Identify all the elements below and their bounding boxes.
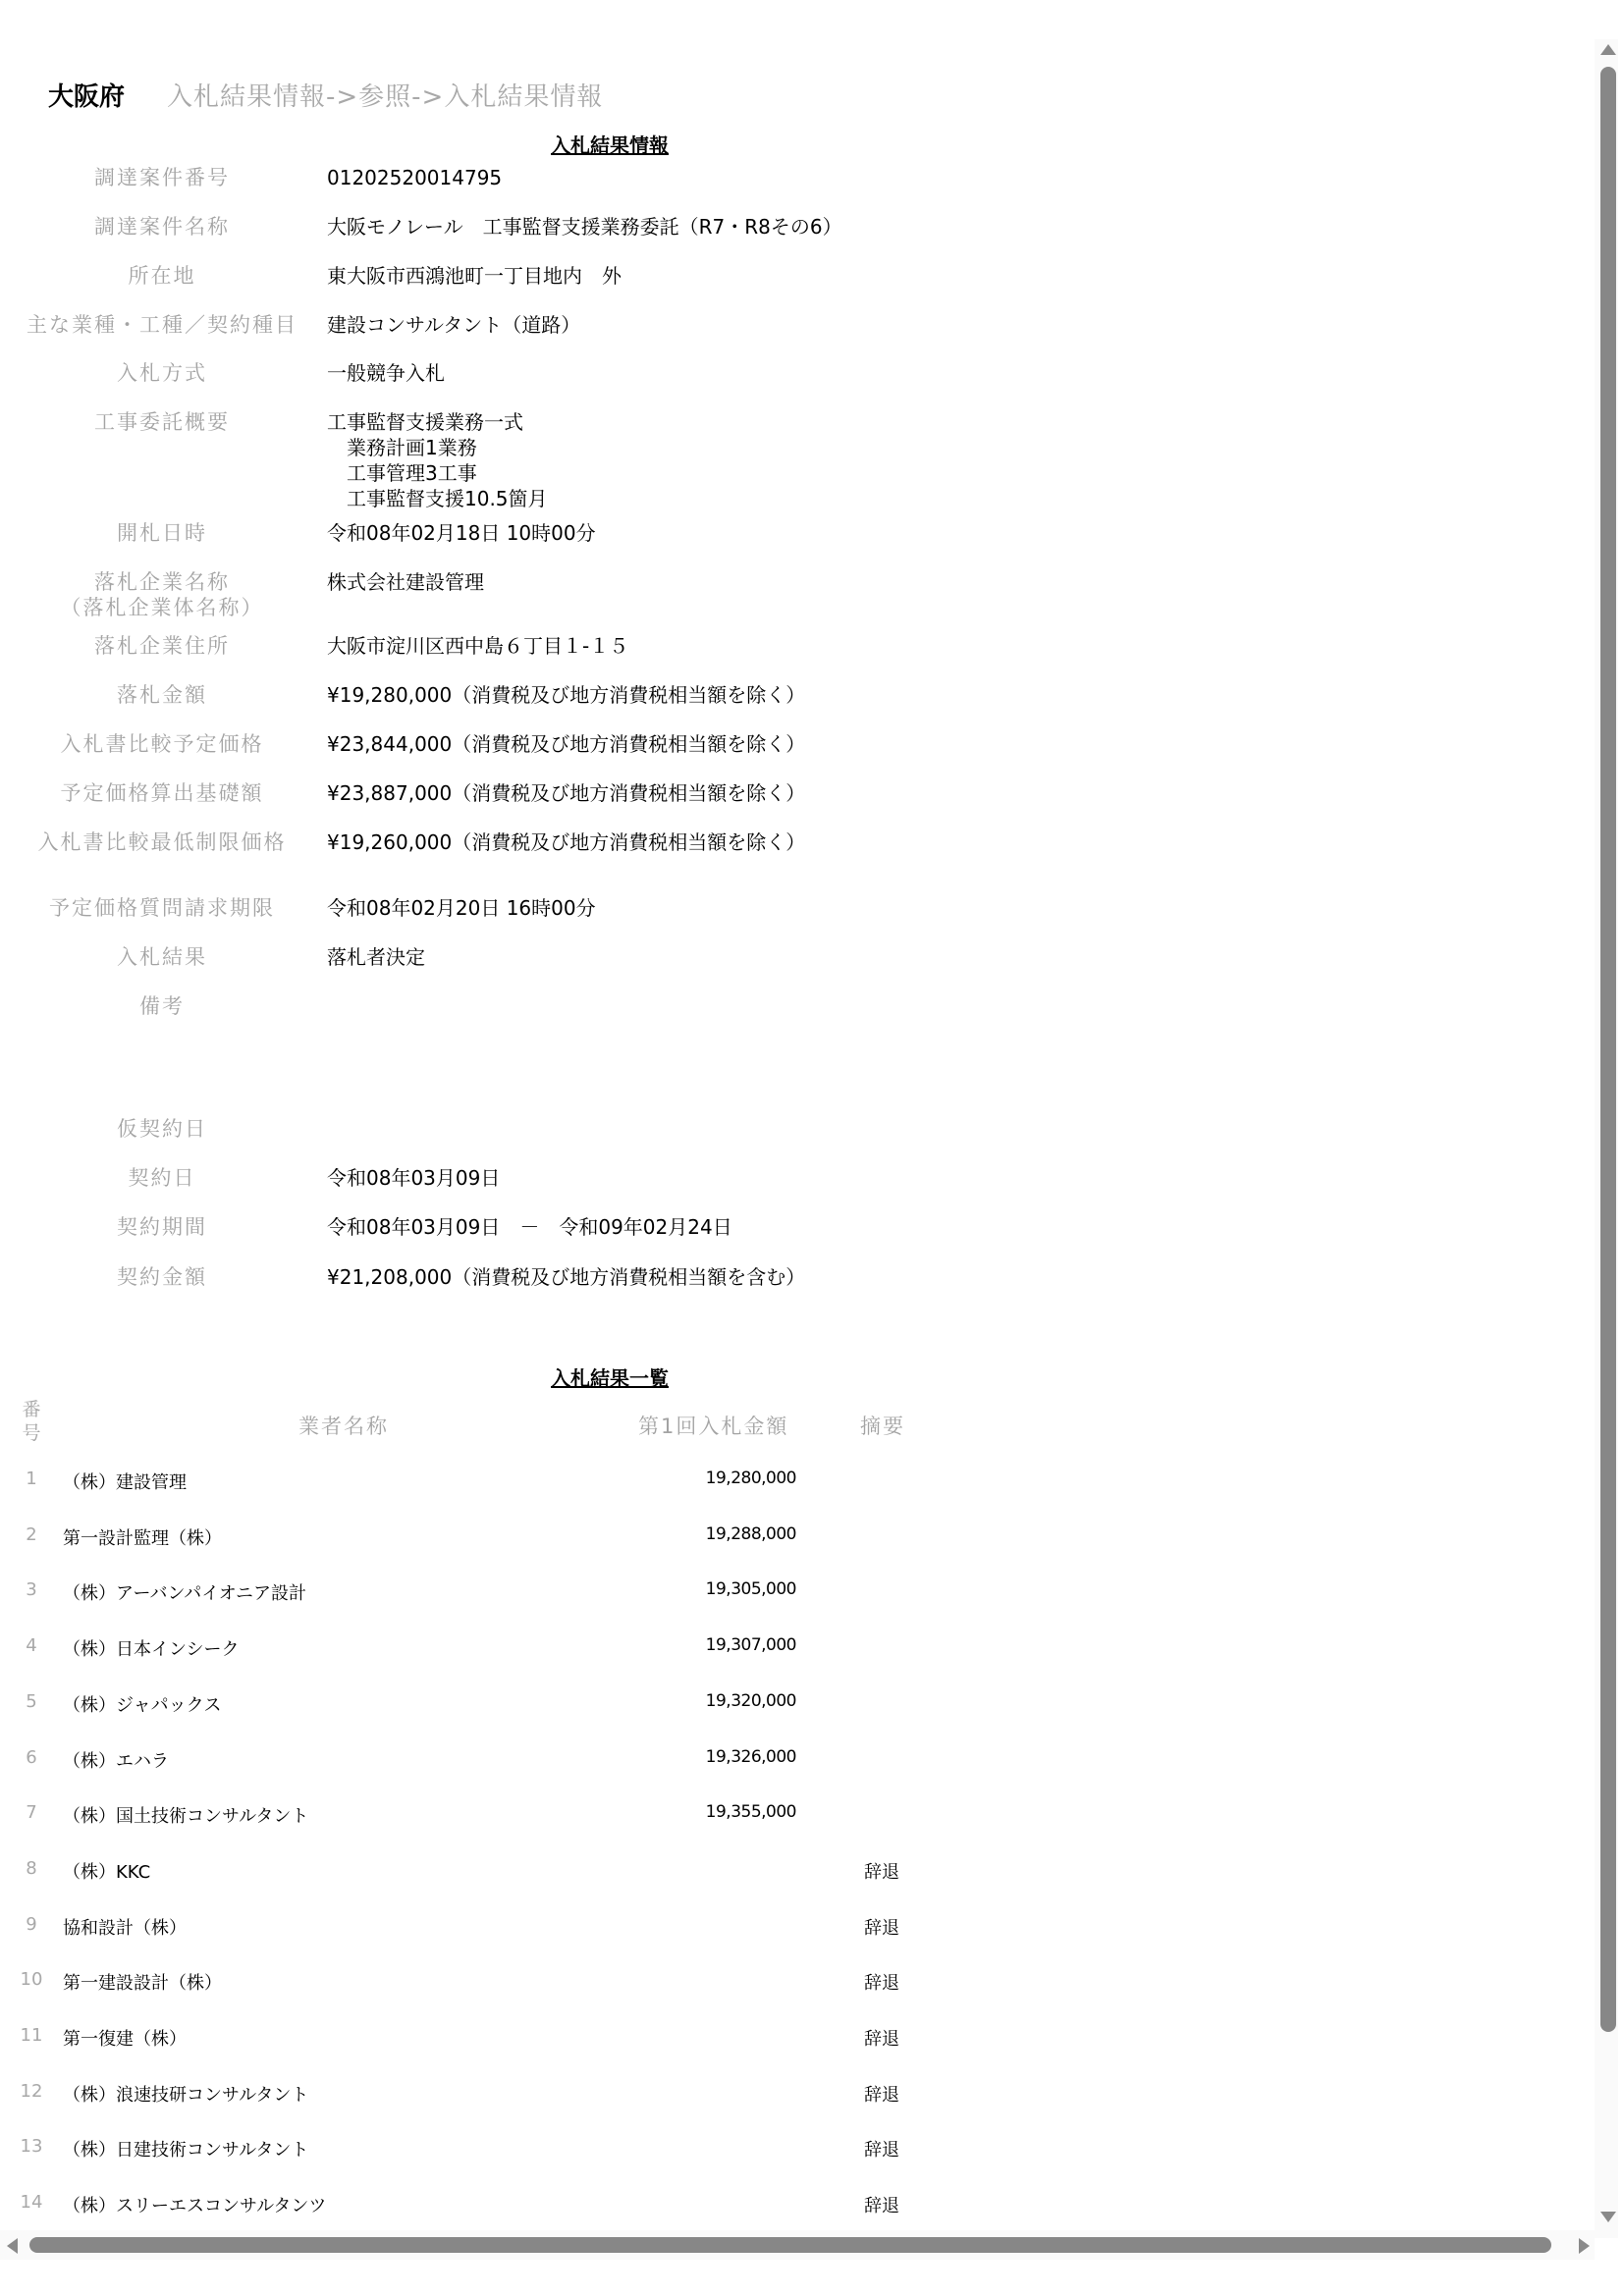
field-label: 落札金額 xyxy=(0,682,324,708)
bid-amount-cell: 19,280,000 xyxy=(706,1468,796,1488)
vertical-scroll-thumb[interactable] xyxy=(1600,67,1616,2032)
bid-amount-cell: 19,320,000 xyxy=(706,1691,796,1711)
company-name-cell: 第一復建（株） xyxy=(63,2025,187,2051)
field-label: 開札日時 xyxy=(0,520,324,546)
scroll-left-arrow-icon[interactable] xyxy=(7,2238,18,2254)
summary-cell: 辞退 xyxy=(864,2192,899,2217)
field-label: 契約期間 xyxy=(0,1214,324,1240)
summary-cell: 辞退 xyxy=(864,1858,899,1884)
bid-amount-cell: 19,355,000 xyxy=(706,1802,796,1822)
field-value: 東大阪市西鴻池町一丁目地内 外 xyxy=(327,263,622,289)
company-name-cell: （株）日建技術コンサルタント xyxy=(63,2136,308,2162)
summary-cell: 辞退 xyxy=(864,1914,899,1940)
company-name-cell: （株）スリーエスコンサルタンツ xyxy=(63,2192,326,2217)
horizontal-scroll-thumb[interactable] xyxy=(29,2237,1551,2253)
field-value: ¥23,887,000（消費税及び地方消費税相当額を除く） xyxy=(327,780,805,806)
field-label: 契約金額 xyxy=(0,1264,324,1290)
bid-amount-cell: 19,288,000 xyxy=(706,1524,796,1544)
company-name-cell: （株）浪速技研コンサルタント xyxy=(63,2081,308,2107)
column-header-number: 番 号 xyxy=(20,1398,45,1445)
field-value: 株式会社建設管理 xyxy=(327,569,484,595)
number-cell: 9 xyxy=(12,1914,51,1935)
field-label: 所在地 xyxy=(0,263,324,289)
results-section-title: 入札結果一覧 xyxy=(551,1362,669,1391)
bid-amount-cell: 19,307,000 xyxy=(706,1635,796,1655)
scroll-right-arrow-icon[interactable] xyxy=(1579,2238,1590,2254)
company-name-cell: （株）国土技術コンサルタント xyxy=(63,1802,308,1828)
number-cell: 10 xyxy=(12,1969,51,1990)
field-value: ¥19,260,000（消費税及び地方消費税相当額を除く） xyxy=(327,829,805,855)
column-header-amount: 第1回入札金額 xyxy=(638,1411,788,1440)
prefecture-title: 大阪府 xyxy=(48,77,125,113)
summary-cell: 辞退 xyxy=(864,2136,899,2162)
field-label: 仮契約日 xyxy=(0,1116,324,1142)
number-cell: 14 xyxy=(12,2192,51,2213)
field-value: 令和08年03月09日 xyxy=(327,1165,500,1191)
company-name-cell: （株）ジャパックス xyxy=(63,1691,221,1717)
company-name-cell: 第一設計監理（株） xyxy=(63,1524,222,1550)
field-value: 建設コンサルタント（道路） xyxy=(327,312,580,338)
field-value: 令和08年03月09日 － 令和09年02月24日 xyxy=(327,1214,732,1240)
field-value: 一般競争入札 xyxy=(327,360,445,386)
company-name-cell: （株）エハラ xyxy=(63,1747,169,1773)
field-label: 予定価格算出基礎額 xyxy=(0,780,324,806)
field-label: 予定価格質問請求期限 xyxy=(0,895,324,921)
field-label: 入札方式 xyxy=(0,360,324,386)
field-label: 入札書比較予定価格 xyxy=(0,731,324,757)
company-name-cell: （株）KKC xyxy=(63,1858,150,1884)
number-cell: 2 xyxy=(12,1524,51,1545)
field-label: 備考 xyxy=(0,993,324,1019)
field-value: 落札者決定 xyxy=(327,944,425,970)
number-cell: 7 xyxy=(12,1802,51,1823)
company-name-cell: 第一建設設計（株） xyxy=(63,1969,222,1995)
field-label: 工事委託概要 xyxy=(0,409,324,435)
field-value: 工事監督支援業務一式 業務計画1業務 工事管理3工事 工事監督支援10.5箇月 xyxy=(327,409,548,511)
number-cell: 6 xyxy=(12,1747,51,1768)
field-label: 調達案件名称 xyxy=(0,214,324,240)
number-cell: 11 xyxy=(12,2025,51,2046)
company-name-cell: （株）日本インシーク xyxy=(63,1635,240,1661)
field-value: 大阪市淀川区西中島６丁目１-１５ xyxy=(327,633,628,659)
company-name-cell: （株）建設管理 xyxy=(63,1468,187,1494)
summary-cell: 辞退 xyxy=(864,2081,899,2107)
info-section-title: 入札結果情報 xyxy=(551,130,669,158)
scroll-down-arrow-icon[interactable] xyxy=(1600,2212,1616,2222)
field-value: ¥21,208,000（消費税及び地方消費税相当額を含む） xyxy=(327,1264,805,1290)
field-value: 令和08年02月20日 16時00分 xyxy=(327,895,596,921)
summary-cell: 辞退 xyxy=(864,1969,899,1995)
breadcrumb: 入札結果情報->参照->入札結果情報 xyxy=(167,77,603,113)
number-cell: 13 xyxy=(12,2136,51,2157)
field-label: 落札企業名称 （落札企業体名称） xyxy=(0,569,324,620)
number-cell: 12 xyxy=(12,2081,51,2102)
bid-amount-cell: 19,305,000 xyxy=(706,1579,796,1599)
number-cell: 4 xyxy=(12,1635,51,1656)
bid-amount-cell: 19,326,000 xyxy=(706,1747,796,1767)
number-cell: 3 xyxy=(12,1579,51,1600)
field-label: 契約日 xyxy=(0,1165,324,1191)
field-value: ¥19,280,000（消費税及び地方消費税相当額を除く） xyxy=(327,682,805,708)
field-value: 令和08年02月18日 10時00分 xyxy=(327,520,596,546)
summary-cell: 辞退 xyxy=(864,2025,899,2051)
field-label: 主な業種・工種／契約種目 xyxy=(0,312,324,338)
number-cell: 1 xyxy=(12,1468,51,1489)
field-value: 大阪モノレール 工事監督支援業務委託（R7・R8その6） xyxy=(327,214,842,240)
field-value: 01202520014795 xyxy=(327,165,502,190)
number-cell: 8 xyxy=(12,1858,51,1879)
column-header-name: 業者名称 xyxy=(298,1411,389,1440)
field-value: ¥23,844,000（消費税及び地方消費税相当額を除く） xyxy=(327,731,805,757)
company-name-cell: 協和設計（株） xyxy=(63,1914,187,1940)
company-name-cell: （株）アーバンパイオニア設計 xyxy=(63,1579,306,1605)
field-label: 調達案件番号 xyxy=(0,165,324,190)
field-label: 落札企業住所 xyxy=(0,633,324,659)
scroll-up-arrow-icon[interactable] xyxy=(1600,44,1616,55)
number-cell: 5 xyxy=(12,1691,51,1712)
column-header-summary: 摘要 xyxy=(860,1411,905,1440)
field-label: 入札書比較最低制限価格 xyxy=(0,829,324,855)
field-label: 入札結果 xyxy=(0,944,324,970)
